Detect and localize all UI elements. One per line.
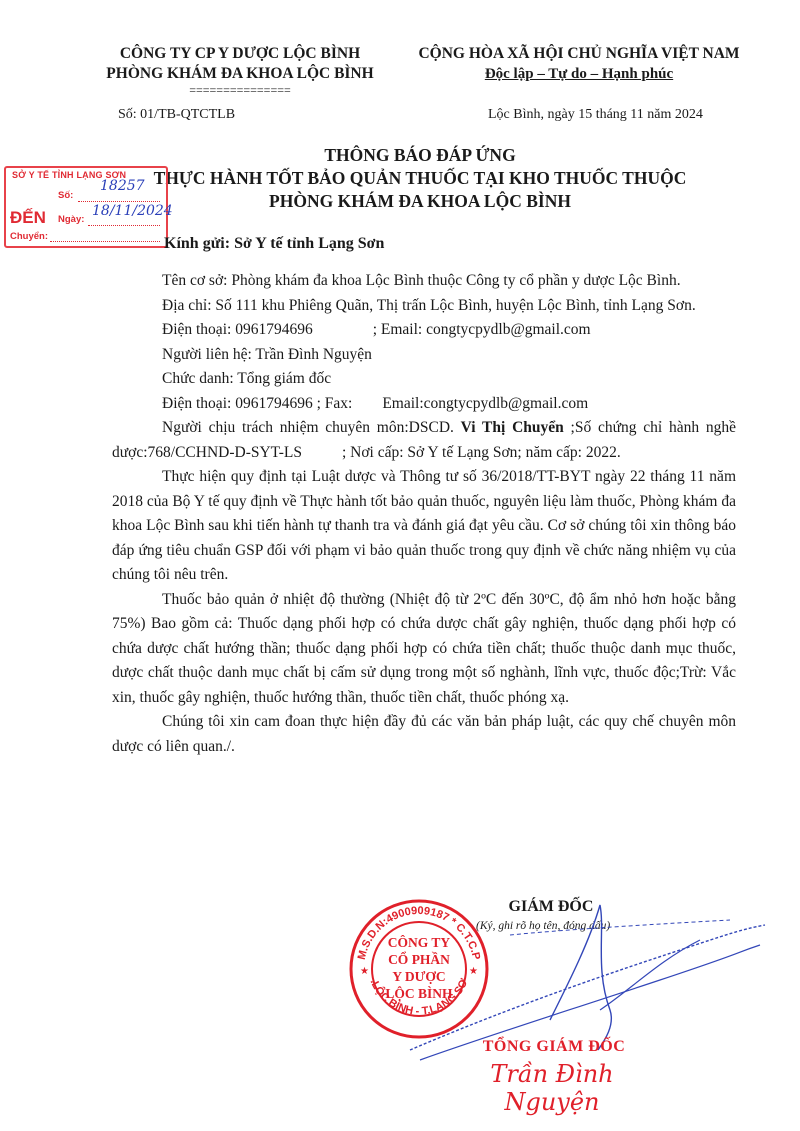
org-line-1: CÔNG TY CP Y DƯỢC LỘC BÌNH	[80, 44, 400, 64]
received-stamp-chuyen-label: Chuyển:	[10, 231, 48, 242]
received-stamp-ngay-line	[88, 224, 160, 226]
phone-value: 0961794696	[235, 321, 313, 338]
phone2-label: Điện thoại:	[162, 395, 231, 412]
signer-role: TỔNG GIÁM ĐỐC	[474, 1038, 634, 1056]
title-line-2: THỰC HÀNH TỐT BẢO QUẢN THUỐC TẠI KHO THU…	[80, 167, 760, 190]
received-stamp-so-label: Số:	[58, 190, 73, 201]
nation-header: CỘNG HÒA XÃ HỘI CHỦ NGHĨA VIỆT NAM Độc l…	[398, 44, 760, 84]
commitment-paragraph: Chúng tôi xin cam đoan thực hiện đầy đủ …	[112, 710, 736, 759]
facility-name: Tên cơ sở: Phòng khám đa khoa Lộc Bình t…	[112, 269, 736, 294]
contact-person: Người liên hệ: Trần Đình Nguyện	[112, 343, 736, 368]
recipient: Kính gửi: Sở Y tế tỉnh Lạng Sơn	[164, 235, 384, 253]
email2-value: Email:congtycpydlb@gmail.com	[382, 395, 588, 412]
org-separator: ===============	[80, 84, 400, 96]
facility-address: Địa chỉ: Số 111 khu Phiêng Quãn, Thị trấ…	[112, 294, 736, 319]
email-value: ; Email: congtycpydlb@gmail.com	[373, 321, 591, 338]
received-date-handwritten: 18/11/2024	[92, 203, 173, 219]
received-stamp-chuyen-line	[50, 240, 160, 242]
received-stamp-ngay-label: Ngày:	[58, 214, 84, 225]
title-line-3: PHÒNG KHÁM ĐA KHOA LỘC BÌNH	[80, 190, 760, 213]
org-line-2: PHÒNG KHÁM ĐA KHOA LỘC BÌNH	[80, 64, 400, 84]
responsible-person: Người chịu trách nhiệm chuyên môn:DSCD. …	[112, 416, 736, 465]
phone-fax-email-line: Điện thoại: 0961794696 ; Fax:Email:congt…	[112, 392, 736, 417]
phone-email-line: Điện thoại: 0961794696; Email: congtycpy…	[112, 318, 736, 343]
signer-name: Trần Đình Nguyện	[452, 1060, 652, 1116]
regulation-paragraph: Thực hiện quy định tại Luật dược và Thôn…	[112, 465, 736, 588]
phone2-value: 0961794696 ; Fax:	[235, 395, 352, 412]
responsible-prefix: Người chịu trách nhiệm chuyên môn:DSCD.	[162, 419, 461, 436]
document-number: Số: 01/TB-QTCTLB	[118, 107, 235, 123]
contact-position: Chức danh: Tổng giám đốc	[112, 367, 736, 392]
nation-motto: Độc lập – Tự do – Hạnh phúc	[485, 66, 673, 82]
org-header: CÔNG TY CP Y DƯỢC LỘC BÌNH PHÒNG KHÁM ĐA…	[80, 44, 400, 96]
issued-by: ; Nơi cấp: Sở Y tế Lạng Sơn; năm cấp: 20…	[342, 444, 621, 461]
phone-label: Điện thoại:	[162, 321, 231, 338]
received-stamp-den: ĐẾN	[10, 208, 46, 228]
storage-paragraph: Thuốc bảo quản ở nhiệt độ thường (Nhiệt …	[112, 588, 736, 711]
title-line-1: THÔNG BÁO ĐÁP ỨNG	[80, 144, 760, 167]
responsible-name: Vi Thị Chuyển	[461, 419, 564, 436]
received-number-handwritten: 18257	[100, 178, 145, 194]
document-title: THÔNG BÁO ĐÁP ỨNG THỰC HÀNH TỐT BẢO QUẢN…	[80, 144, 760, 213]
received-stamp-so-line	[78, 200, 160, 202]
document-date: Lộc Bình, ngày 15 tháng 11 năm 2024	[488, 107, 703, 123]
document-body: Tên cơ sở: Phòng khám đa khoa Lộc Bình t…	[112, 269, 736, 759]
nation-title: CỘNG HÒA XÃ HỘI CHỦ NGHĨA VIỆT NAM	[398, 44, 760, 64]
